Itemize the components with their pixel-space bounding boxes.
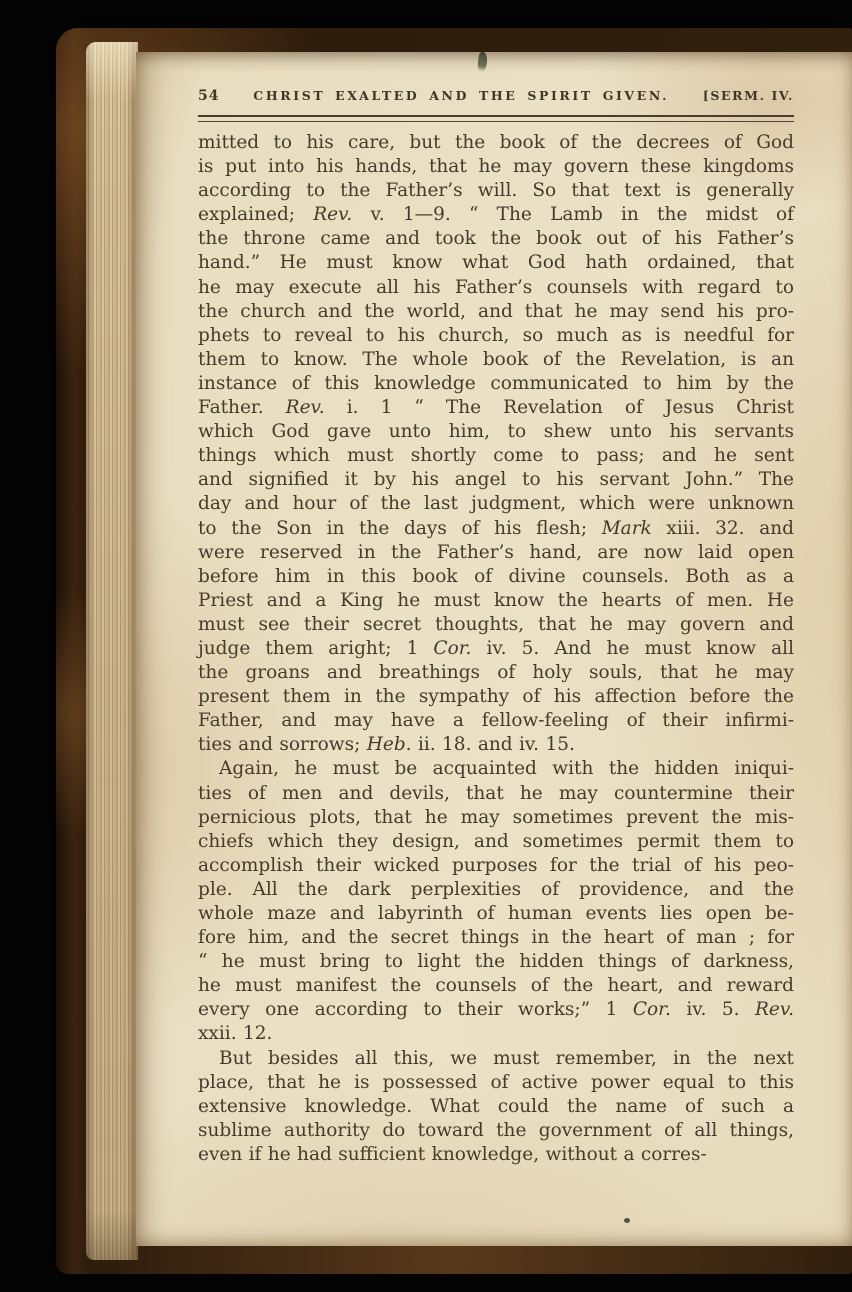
text-line: place, that he is possessed of active po…	[198, 1071, 794, 1095]
ink-speck-bottom	[624, 1218, 630, 1223]
text-line: pernicious plots, that he may sometimes …	[198, 806, 794, 830]
text-line: present them in the sympathy of his affe…	[198, 685, 794, 709]
text-line: before him in this book of divine counse…	[198, 565, 794, 589]
text-line: he may execute all his Father’s counsels…	[198, 276, 794, 300]
text-line: Again, he must be acquainted with the hi…	[198, 757, 794, 781]
text-line: chiefs which they design, and sometimes …	[198, 830, 794, 854]
text-line: ties and sorrows; Heb. ii. 18. and iv. 1…	[198, 733, 794, 757]
text-line: them to know. The whole book of the Reve…	[198, 348, 794, 372]
text-line: But besides all this, we must remember, …	[198, 1047, 794, 1071]
text-line: were reserved in the Father’s hand, are …	[198, 541, 794, 565]
text-line: the church and the world, and that he ma…	[198, 300, 794, 324]
text-line: fore him, and the secret things in the h…	[198, 926, 794, 950]
text-line: he must manifest the counsels of the hea…	[198, 974, 794, 998]
page-body-text: mitted to his care, but the book of the …	[198, 131, 794, 1167]
text-line: xxii. 12.	[198, 1022, 794, 1046]
text-line: instance of this knowledge communicated …	[198, 372, 794, 396]
page-content: 54 CHRIST EXALTED AND THE SPIRIT GIVEN. …	[136, 52, 852, 1167]
text-line: must see their secret thoughts, that he …	[198, 613, 794, 637]
text-line: phets to reveal to his church, so much a…	[198, 324, 794, 348]
text-line: “ he must bring to light the hidden thin…	[198, 950, 794, 974]
text-line: sublime authority do toward the governme…	[198, 1119, 794, 1143]
section-label: [SERM. IV.	[703, 88, 794, 103]
text-line: hand.” He must know what God hath ordain…	[198, 251, 794, 275]
text-line: to the Son in the days of his flesh; Mar…	[198, 517, 794, 541]
header-double-rule	[198, 115, 794, 122]
text-line: is put into his hands, that he may gover…	[198, 155, 794, 179]
text-line: ties of men and devils, that he may coun…	[198, 782, 794, 806]
text-line: and signified it by his angel to his ser…	[198, 468, 794, 492]
text-line: whole maze and labyrinth of human events…	[198, 902, 794, 926]
text-line: explained; Rev. v. 1—9. “ The Lamb in th…	[198, 203, 794, 227]
text-line: judge them aright; 1 Cor. iv. 5. And he …	[198, 637, 794, 661]
page-header: 54 CHRIST EXALTED AND THE SPIRIT GIVEN. …	[198, 88, 794, 104]
text-line: Father. Rev. i. 1 “ The Revelation of Je…	[198, 396, 794, 420]
scan-background: { "page": { "number": "54", "running_tit…	[0, 0, 852, 1292]
text-line: day and hour of the last judgment, which…	[198, 492, 794, 516]
text-line: Father, and may have a fellow-feeling of…	[198, 709, 794, 733]
text-line: according to the Father’s will. So that …	[198, 179, 794, 203]
text-line: the throne came and took the book out of…	[198, 227, 794, 251]
book-cover: 54 CHRIST EXALTED AND THE SPIRIT GIVEN. …	[56, 28, 852, 1274]
text-line: accomplish their wicked purposes for the…	[198, 854, 794, 878]
page-number: 54	[198, 88, 219, 104]
text-line: mitted to his care, but the book of the …	[198, 131, 794, 155]
text-line: things which must shortly come to pass; …	[198, 444, 794, 468]
text-line: even if he had sufficient knowledge, wit…	[198, 1143, 794, 1167]
text-line: the groans and breathings of holy souls,…	[198, 661, 794, 685]
text-line: Priest and a King he must know the heart…	[198, 589, 794, 613]
text-line: which God gave unto him, to shew unto hi…	[198, 420, 794, 444]
running-title: CHRIST EXALTED AND THE SPIRIT GIVEN.	[219, 88, 702, 103]
page-edges	[86, 42, 138, 1260]
text-line: every one according to their works;” 1 C…	[198, 998, 794, 1022]
text-line: extensive knowledge. What could the name…	[198, 1095, 794, 1119]
book-page: 54 CHRIST EXALTED AND THE SPIRIT GIVEN. …	[136, 52, 852, 1246]
text-line: ple. All the dark perplexities of provid…	[198, 878, 794, 902]
